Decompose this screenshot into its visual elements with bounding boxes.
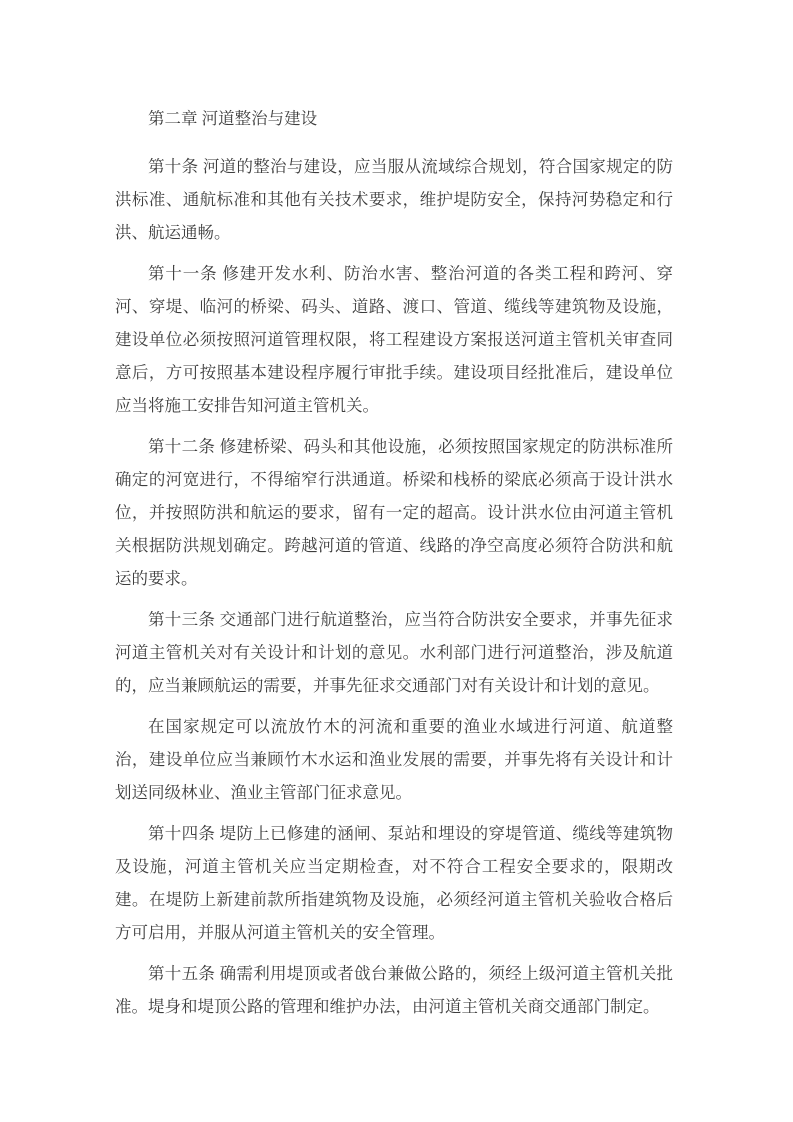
chapter-heading: 第二章 河道整治与建设 (115, 102, 673, 135)
paragraph-article-11: 第十一条 修建开发水利、防治水害、整治河道的各类工程和跨河、穿河、穿堤、临河的桥… (115, 257, 673, 422)
paragraph-article-13: 第十三条 交通部门进行航道整治，应当符合防洪安全要求，并事先征求河道主管机关对有… (115, 603, 673, 702)
paragraph-article-14: 第十四条 堤防上已修建的涵闸、泵站和埋设的穿堤管道、缆线等建筑物及设施，河道主管… (115, 817, 673, 949)
document-page: 第二章 河道整治与建设 第十条 河道的整治与建设，应当服从流域综合规划，符合国家… (0, 0, 793, 1122)
paragraph-article-12: 第十二条 修建桥梁、码头和其他设施，必须按照国家规定的防洪标准所确定的河宽进行，… (115, 430, 673, 595)
paragraph-article-15: 第十五条 确需利用堤顶或者戗台兼做公路的，须经上级河道主管机关批准。堤身和堤顶公… (115, 957, 673, 1023)
paragraph-article-10: 第十条 河道的整治与建设，应当服从流域综合规划，符合国家规定的防洪标准、通航标准… (115, 150, 673, 249)
paragraph-article-13-continued: 在国家规定可以流放竹木的河流和重要的渔业水域进行河道、航道整治，建设单位应当兼顾… (115, 710, 673, 809)
